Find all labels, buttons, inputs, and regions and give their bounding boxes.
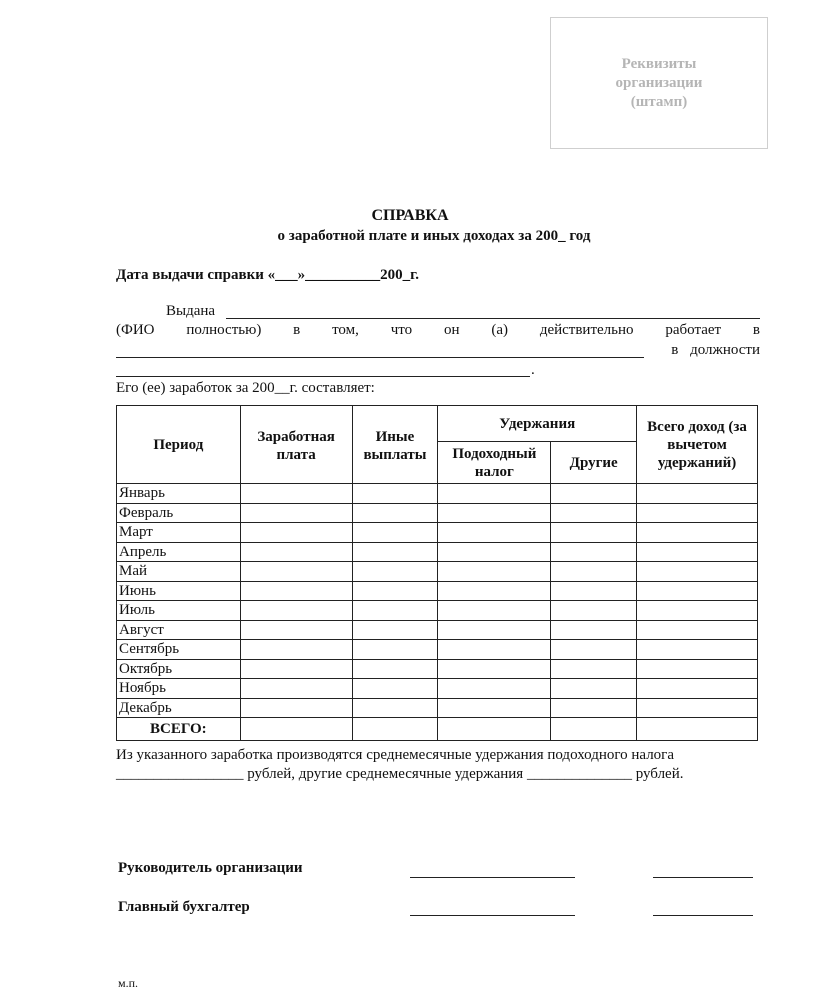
earnings-label: Его (ее) заработок за 200__г. составляет… <box>116 380 375 397</box>
table-cell[interactable] <box>438 640 551 660</box>
table-cell[interactable] <box>438 562 551 582</box>
table-cell[interactable] <box>438 542 551 562</box>
head-name-line[interactable] <box>653 877 753 878</box>
header-period: Период <box>117 406 241 484</box>
table-row: Июнь <box>117 581 758 601</box>
income-tax-amount-field[interactable]: _________________ рублей, другие среднем… <box>116 766 523 782</box>
table-cell[interactable] <box>551 679 637 699</box>
total-cell[interactable] <box>637 718 758 741</box>
head-of-organization-label: Руководитель организации <box>118 860 303 877</box>
table-cell[interactable] <box>551 640 637 660</box>
table-cell[interactable] <box>551 620 637 640</box>
month-label: Декабрь <box>117 698 241 718</box>
table-cell[interactable] <box>352 503 438 523</box>
statement-word: он <box>444 322 460 339</box>
table-cell[interactable] <box>551 659 637 679</box>
document-subtitle: о заработной плате и иных доходах за 200… <box>24 228 820 245</box>
period-dot: . <box>531 362 535 379</box>
document-title: СПРАВКА <box>0 207 820 225</box>
statement-word: (а) <box>491 322 508 339</box>
other-deductions-amount-field[interactable]: ______________ рублей. <box>527 766 684 782</box>
table-cell[interactable] <box>438 503 551 523</box>
statement-word: работает <box>665 322 721 339</box>
stamp-line: организации <box>616 74 703 93</box>
table-cell[interactable] <box>551 562 637 582</box>
table-cell[interactable] <box>637 659 758 679</box>
table-cell[interactable] <box>637 484 758 504</box>
total-cell[interactable] <box>352 718 438 741</box>
table-cell[interactable] <box>352 523 438 543</box>
month-label: Июнь <box>117 581 241 601</box>
accountant-signature-line[interactable] <box>410 915 575 916</box>
table-cell[interactable] <box>438 601 551 621</box>
table-cell[interactable] <box>438 679 551 699</box>
workplace-field-line[interactable] <box>116 357 644 358</box>
total-label: ВСЕГО: <box>117 718 241 741</box>
table-row: Октябрь <box>117 659 758 679</box>
table-cell[interactable] <box>352 698 438 718</box>
table-row: Май <box>117 562 758 582</box>
table-row: Март <box>117 523 758 543</box>
head-signature-line[interactable] <box>410 877 575 878</box>
income-table: Период Заработная плата Иные выплаты Уде… <box>116 405 758 741</box>
table-cell[interactable] <box>352 562 438 582</box>
issue-date: Дата выдачи справки «___»__________200_г… <box>116 267 419 284</box>
table-row: Ноябрь <box>117 679 758 699</box>
statement-word: в <box>293 322 300 339</box>
table-cell[interactable] <box>352 640 438 660</box>
table-cell[interactable] <box>438 523 551 543</box>
table-cell[interactable] <box>551 601 637 621</box>
month-label: Ноябрь <box>117 679 241 699</box>
total-cell[interactable] <box>438 718 551 741</box>
table-row: Февраль <box>117 503 758 523</box>
deductions-statement-line2: _________________ рублей, другие среднем… <box>116 766 684 783</box>
table-cell[interactable] <box>240 542 352 562</box>
chief-accountant-label: Главный бухгалтер <box>118 899 250 916</box>
table-cell[interactable] <box>438 581 551 601</box>
table-cell[interactable] <box>551 523 637 543</box>
header-salary: Заработная плата <box>240 406 352 484</box>
table-cell[interactable] <box>551 542 637 562</box>
table-row: Июль <box>117 601 758 621</box>
statement-word: полностью) <box>186 322 261 339</box>
table-cell[interactable] <box>240 620 352 640</box>
table-cell[interactable] <box>438 620 551 640</box>
month-label: Октябрь <box>117 659 241 679</box>
table-cell[interactable] <box>438 659 551 679</box>
total-row: ВСЕГО: <box>117 718 758 741</box>
organization-stamp-box: Реквизиты организации (штамп) <box>550 17 768 149</box>
table-cell[interactable] <box>637 562 758 582</box>
table-cell[interactable] <box>352 601 438 621</box>
table-cell[interactable] <box>240 562 352 582</box>
month-label: Август <box>117 620 241 640</box>
month-label: Март <box>117 523 241 543</box>
month-label: Январь <box>117 484 241 504</box>
statement-word: действительно <box>540 322 634 339</box>
table-row: Сентябрь <box>117 640 758 660</box>
table-cell[interactable] <box>637 679 758 699</box>
table-cell[interactable] <box>438 484 551 504</box>
table-row: Апрель <box>117 542 758 562</box>
table-cell[interactable] <box>240 581 352 601</box>
stamp-line: Реквизиты <box>616 55 703 74</box>
table-cell[interactable] <box>637 601 758 621</box>
seal-placeholder: м.п. <box>118 976 138 991</box>
total-cell[interactable] <box>240 718 352 741</box>
month-label: Апрель <box>117 542 241 562</box>
table-row: Август <box>117 620 758 640</box>
table-cell[interactable] <box>240 698 352 718</box>
table-cell[interactable] <box>637 523 758 543</box>
month-label: Май <box>117 562 241 582</box>
table-cell[interactable] <box>240 640 352 660</box>
table-cell[interactable] <box>352 542 438 562</box>
table-cell[interactable] <box>637 542 758 562</box>
header-other-payments: Иные выплаты <box>352 406 438 484</box>
position-label: в должности <box>660 342 760 359</box>
table-row: Декабрь <box>117 698 758 718</box>
table-cell[interactable] <box>637 581 758 601</box>
table-cell[interactable] <box>352 659 438 679</box>
table-cell[interactable] <box>637 698 758 718</box>
statement-word: (ФИО <box>116 322 155 339</box>
table-cell[interactable] <box>352 484 438 504</box>
position-field-line[interactable] <box>116 376 530 377</box>
header-income-tax: Подоходный налог <box>438 442 551 484</box>
table-cell[interactable] <box>352 581 438 601</box>
fio-field-line[interactable] <box>226 318 760 319</box>
statement-word: том, <box>332 322 359 339</box>
month-label: Сентябрь <box>117 640 241 660</box>
table-cell[interactable] <box>551 503 637 523</box>
table-cell[interactable] <box>240 601 352 621</box>
table-cell[interactable] <box>551 581 637 601</box>
header-total-income: Всего доход (за вычетом удержаний) <box>637 406 758 484</box>
issued-label: Выдана <box>166 303 215 320</box>
table-cell[interactable] <box>637 640 758 660</box>
table-cell[interactable] <box>240 523 352 543</box>
table-cell[interactable] <box>637 503 758 523</box>
statement-word: в <box>753 322 760 339</box>
table-cell[interactable] <box>240 503 352 523</box>
month-label: Февраль <box>117 503 241 523</box>
total-cell[interactable] <box>551 718 637 741</box>
table-cell[interactable] <box>551 484 637 504</box>
header-deductions: Удержания <box>438 406 637 442</box>
deductions-statement-line1: Из указанного заработка производятся сре… <box>116 747 674 764</box>
header-other-deductions: Другие <box>551 442 637 484</box>
table-cell[interactable] <box>352 620 438 640</box>
table-cell[interactable] <box>438 698 551 718</box>
accountant-name-line[interactable] <box>653 915 753 916</box>
employment-statement: (ФИОполностью)втом,чтоон(а)действительно… <box>116 322 760 339</box>
month-label: Июль <box>117 601 241 621</box>
table-row: Январь <box>117 484 758 504</box>
table-cell[interactable] <box>240 659 352 679</box>
table-cell[interactable] <box>551 698 637 718</box>
table-cell[interactable] <box>240 679 352 699</box>
table-cell[interactable] <box>240 484 352 504</box>
stamp-line: (штамп) <box>616 93 703 112</box>
table-cell[interactable] <box>637 620 758 640</box>
table-cell[interactable] <box>352 679 438 699</box>
statement-word: что <box>391 322 412 339</box>
